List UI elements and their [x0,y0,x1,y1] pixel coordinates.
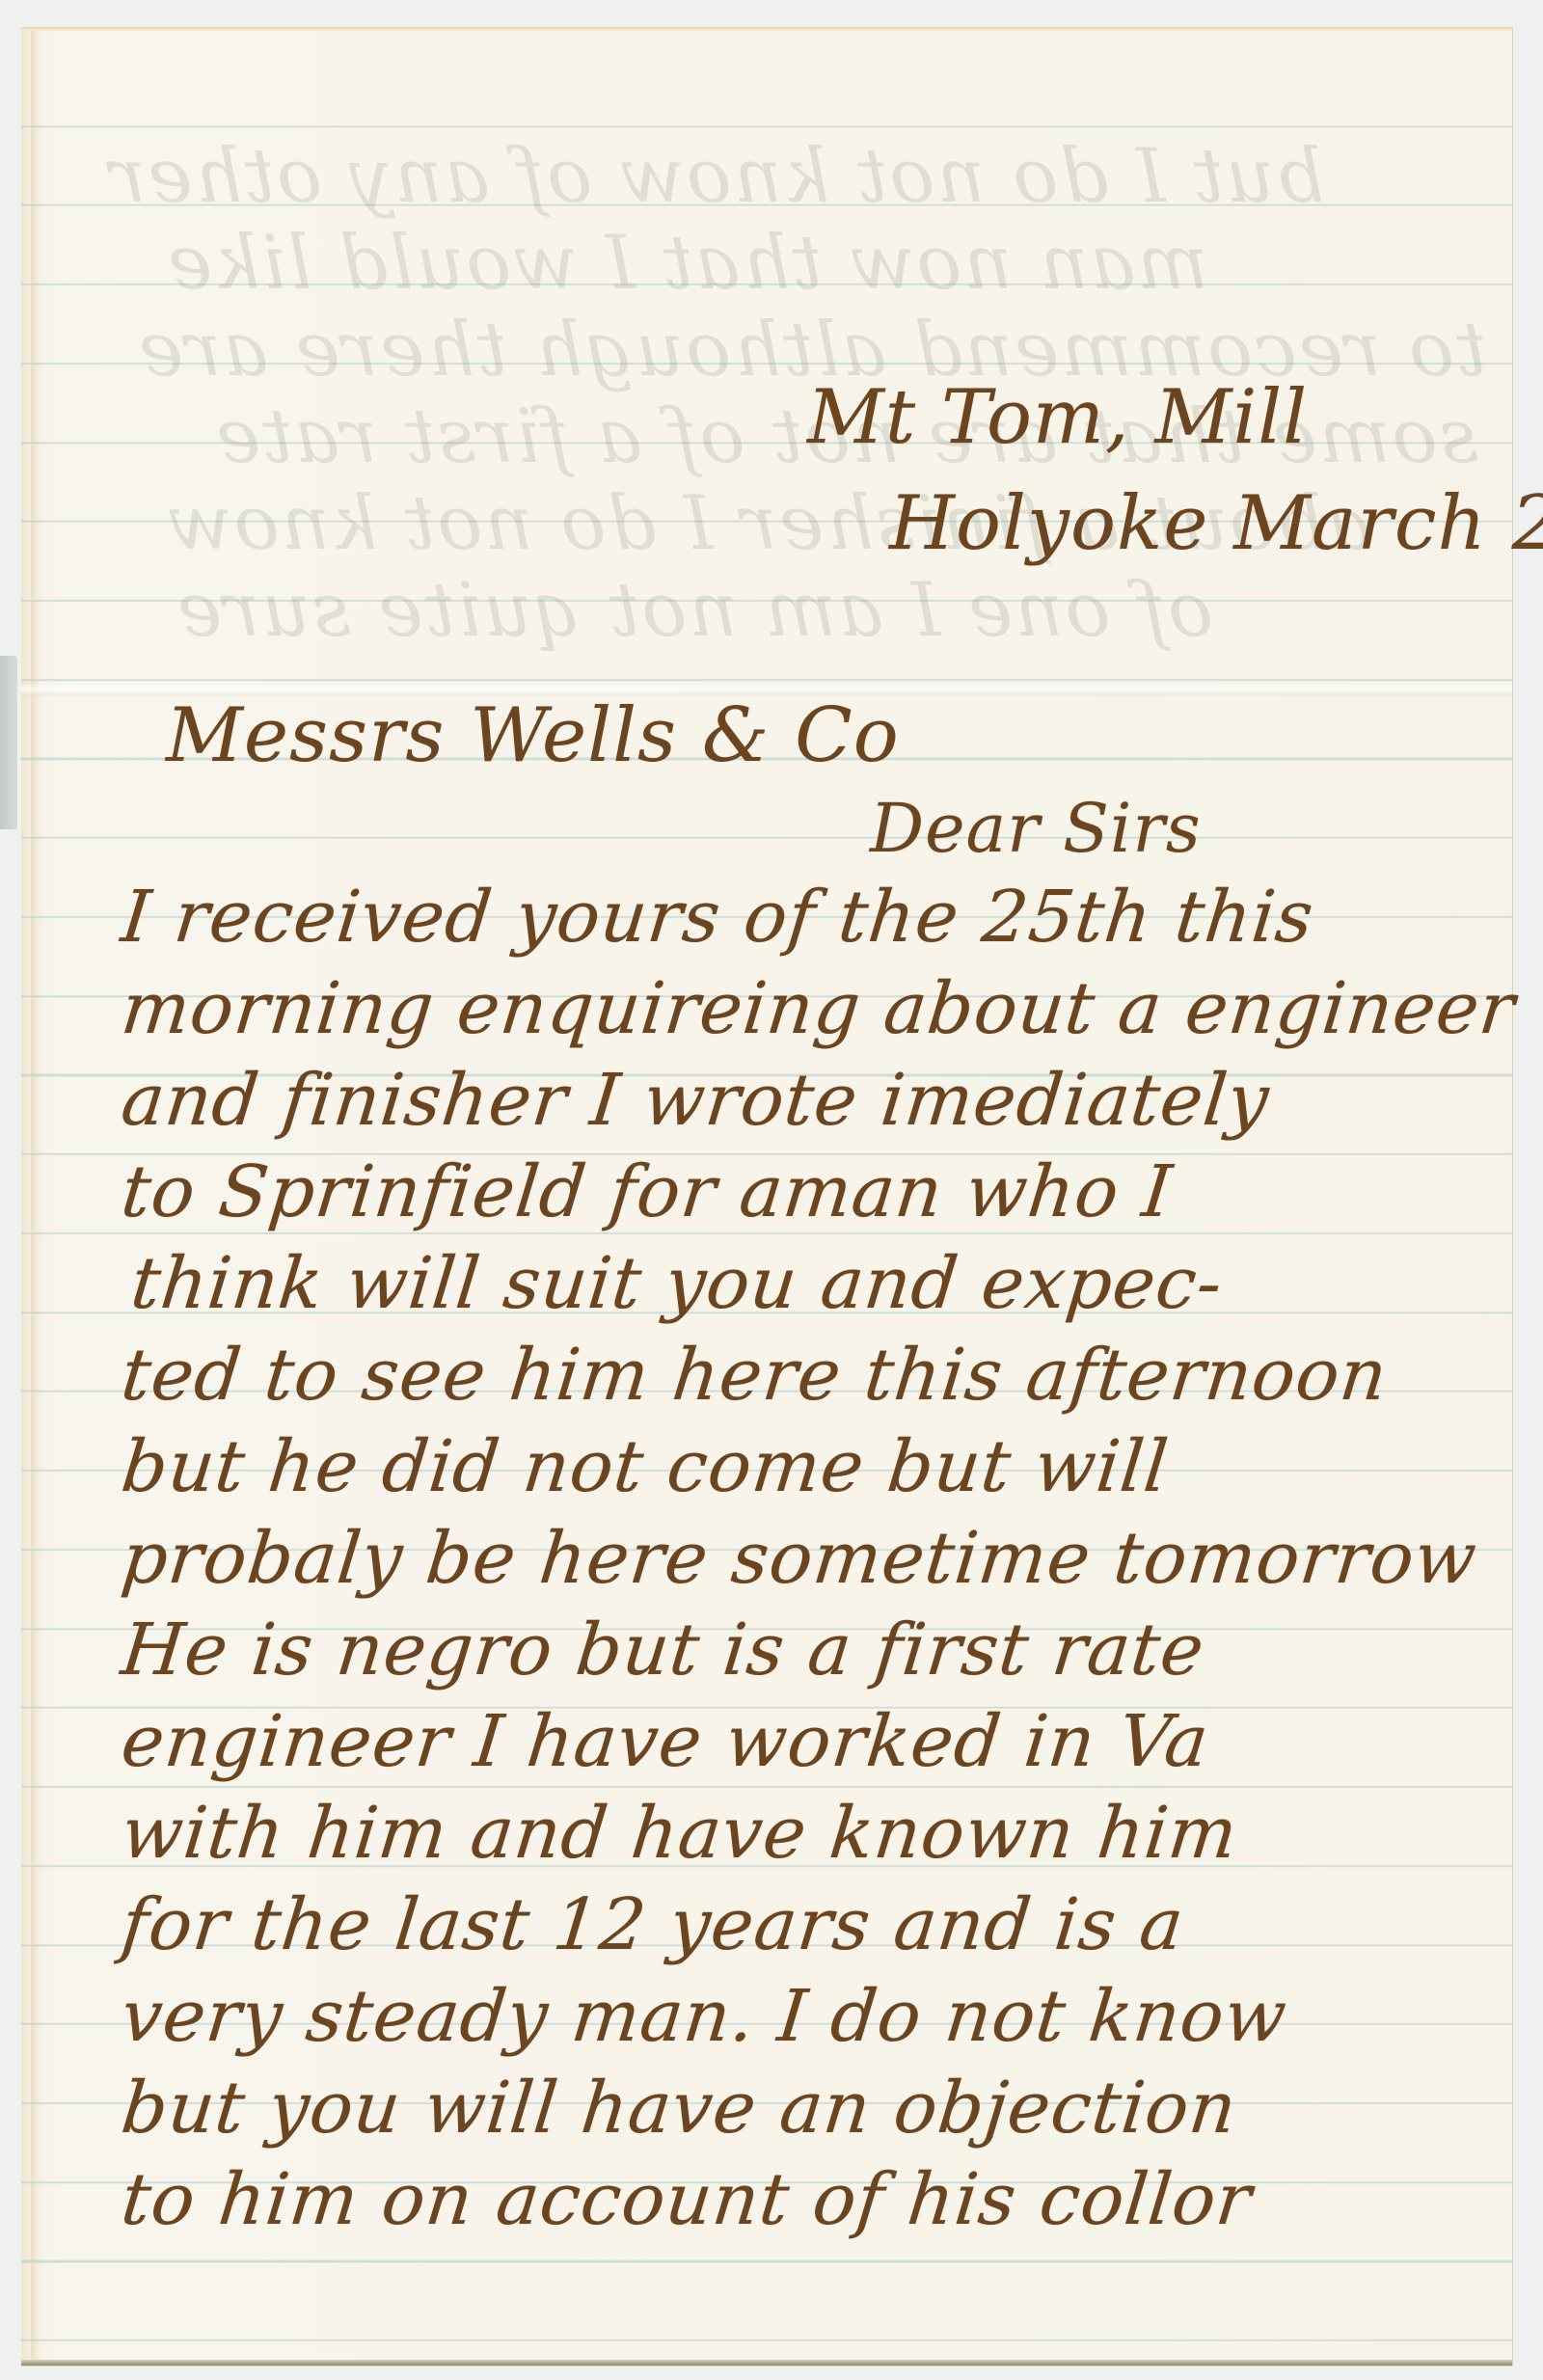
bleed-through-line: of one I am not quite sure [176,567,1213,654]
letter-body-line: with him and have known him [118,1792,1242,1875]
letter-body-line: to Sprinfield for aman who I [118,1150,1177,1233]
letter-body-line: but he did not come but will [118,1425,1173,1508]
letter-body-line: probaly be here sometime tomorrow [118,1517,1481,1600]
paper-top-edge [21,27,1512,31]
bleed-through-line: but I do not know of any other [108,133,1324,220]
letter-place-heading: Mt Tom, Mill [807,374,1308,461]
letter-body-line: morning enquireing about a engineer [118,967,1519,1050]
letter-body-line: ted to see him here this afternoon [118,1334,1392,1417]
scanned-letter-page: but I do not know of any other man now t… [0,0,1543,2380]
letter-salutation: Dear Sirs [870,789,1202,868]
mounting-tab [0,656,17,829]
letter-body-line: and finisher I wrote imediately [118,1059,1273,1142]
letter-body-line: engineer I have worked in Va [118,1700,1213,1783]
bleed-through-line: man now that I would like [166,220,1208,307]
paper-bottom-edge [21,2360,1512,2366]
letter-body-line: for the last 12 years and is a [118,1883,1188,1966]
letter-body-line: He is negro but is a first rate [118,1609,1208,1691]
letter-body-line: to him on account of his collor [118,2158,1256,2241]
letter-body-line: but you will have an objection [118,2067,1241,2150]
letter-body-line: I received yours of the 25th this [118,876,1318,959]
letter-body-line: think will suit you and expec- [127,1242,1227,1325]
letter-addressee: Messrs Wells & Co [166,692,900,779]
letter-place-date: Holyoke March 28 [889,480,1543,567]
letter-body-line: very steady man. I do not know [118,1975,1291,2058]
letter-sheet: but I do not know of any other man now t… [21,27,1512,2366]
